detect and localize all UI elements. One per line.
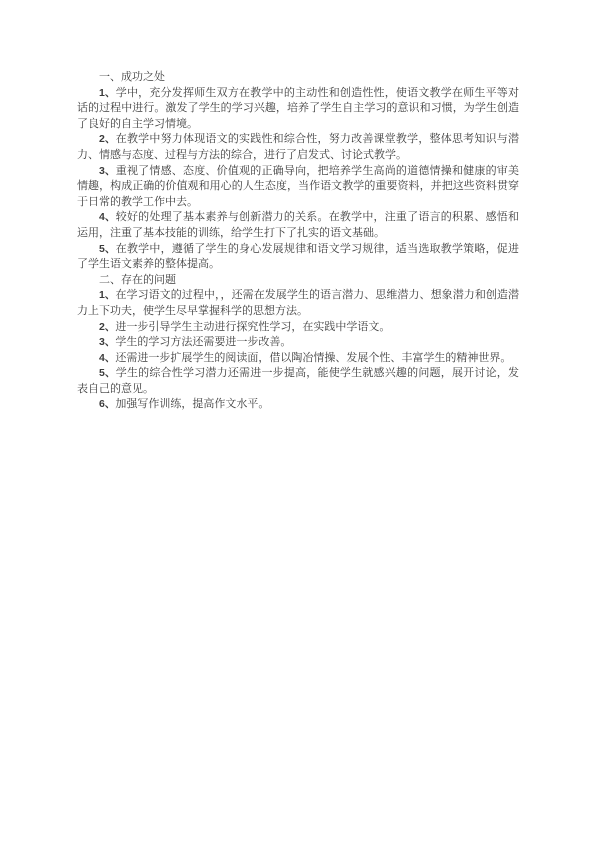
list-item: 4、较好的处理了基本素养与创新潜力的关系。在教学中，注重了语言的积累、感悟和运用…: [77, 210, 519, 241]
list-item: 5、学生的综合性学习潜力还需进一步提高，能使学生就感兴趣的问题，展开讨论，发表自…: [77, 366, 519, 397]
list-item: 5、在教学中，遵循了学生的身心发展规律和语文学习规律，适当选取教学策略，促进了学…: [77, 242, 519, 273]
document-page: 一、成功之处1、学中，充分发挥师生双方在教学中的主动性和创造性性，使语文教学在师…: [0, 0, 595, 842]
list-item: 6、加强写作训练，提高作文水平。: [77, 397, 519, 413]
item-text: 学生的综合性学习潜力还需进一步提高，能使学生就感兴趣的问题，展开讨论，发表自己的…: [77, 367, 519, 395]
item-number: 2、: [99, 133, 116, 145]
item-number: 4、: [99, 352, 115, 364]
list-item: 3、重视了情感、态度、价值观的正确导向，把培养学生高尚的道德情操和健康的审美情趣…: [77, 164, 519, 211]
item-number: 1、: [99, 289, 115, 301]
list-item: 2、在教学中努力体现语文的实践性和综合性，努力改善课堂教学，整体思考知识与潜力、…: [77, 132, 519, 163]
list-item: 1、学中，充分发挥师生双方在教学中的主动性和创造性性，使语文教学在师生平等对话的…: [77, 86, 519, 133]
item-text: 加强写作训练，提高作文水平。: [115, 398, 269, 410]
text-block: 一、成功之处1、学中，充分发挥师生双方在教学中的主动性和创造性性，使语文教学在师…: [77, 70, 519, 413]
section-heading: 二、存在的问题: [77, 273, 519, 289]
item-number: 5、: [99, 367, 116, 379]
list-item: 1、在学习语文的过程中，，还需在发展学生的语言潜力、思维潜力、想象潜力和创造潜力…: [77, 288, 519, 319]
section-heading: 一、成功之处: [77, 70, 519, 86]
item-text: 较好的处理了基本素养与创新潜力的关系。在教学中，注重了语言的积累、感悟和运用，注…: [77, 211, 519, 239]
item-number: 2、: [99, 321, 115, 333]
item-text: 还需进一步扩展学生的阅读面，借以陶冶情操、发展个性、丰富学生的精神世界。: [115, 352, 511, 364]
item-number: 5、: [99, 243, 116, 255]
item-text: 学中，充分发挥师生双方在教学中的主动性和创造性性，使语文教学在师生平等对话的过程…: [77, 87, 519, 130]
item-number: 3、: [99, 336, 115, 348]
list-item: 2、进一步引导学生主动进行探究性学习，在实践中学语文。: [77, 320, 519, 336]
item-number: 6、: [99, 398, 115, 410]
item-text: 学生的学习方法还需要进一步改善。: [115, 336, 291, 348]
item-text: 重视了情感、态度、价值观的正确导向，把培养学生高尚的道德情操和健康的审美情趣，构…: [77, 165, 519, 208]
item-text: 在教学中，遵循了学生的身心发展规律和语文学习规律，适当选取教学策略，促进了学生语…: [77, 243, 519, 271]
item-text: 进一步引导学生主动进行探究性学习，在实践中学语文。: [115, 321, 390, 333]
item-text: 在教学中努力体现语文的实践性和综合性，努力改善课堂教学，整体思考知识与潜力、情感…: [77, 133, 519, 161]
item-number: 3、: [99, 165, 116, 177]
list-item: 3、学生的学习方法还需要进一步改善。: [77, 335, 519, 351]
list-item: 4、还需进一步扩展学生的阅读面，借以陶冶情操、发展个性、丰富学生的精神世界。: [77, 351, 519, 367]
item-text: 在学习语文的过程中，，还需在发展学生的语言潜力、思维潜力、想象潜力和创造潜力上下…: [77, 289, 519, 317]
item-number: 1、: [99, 87, 116, 99]
item-number: 4、: [99, 211, 116, 223]
